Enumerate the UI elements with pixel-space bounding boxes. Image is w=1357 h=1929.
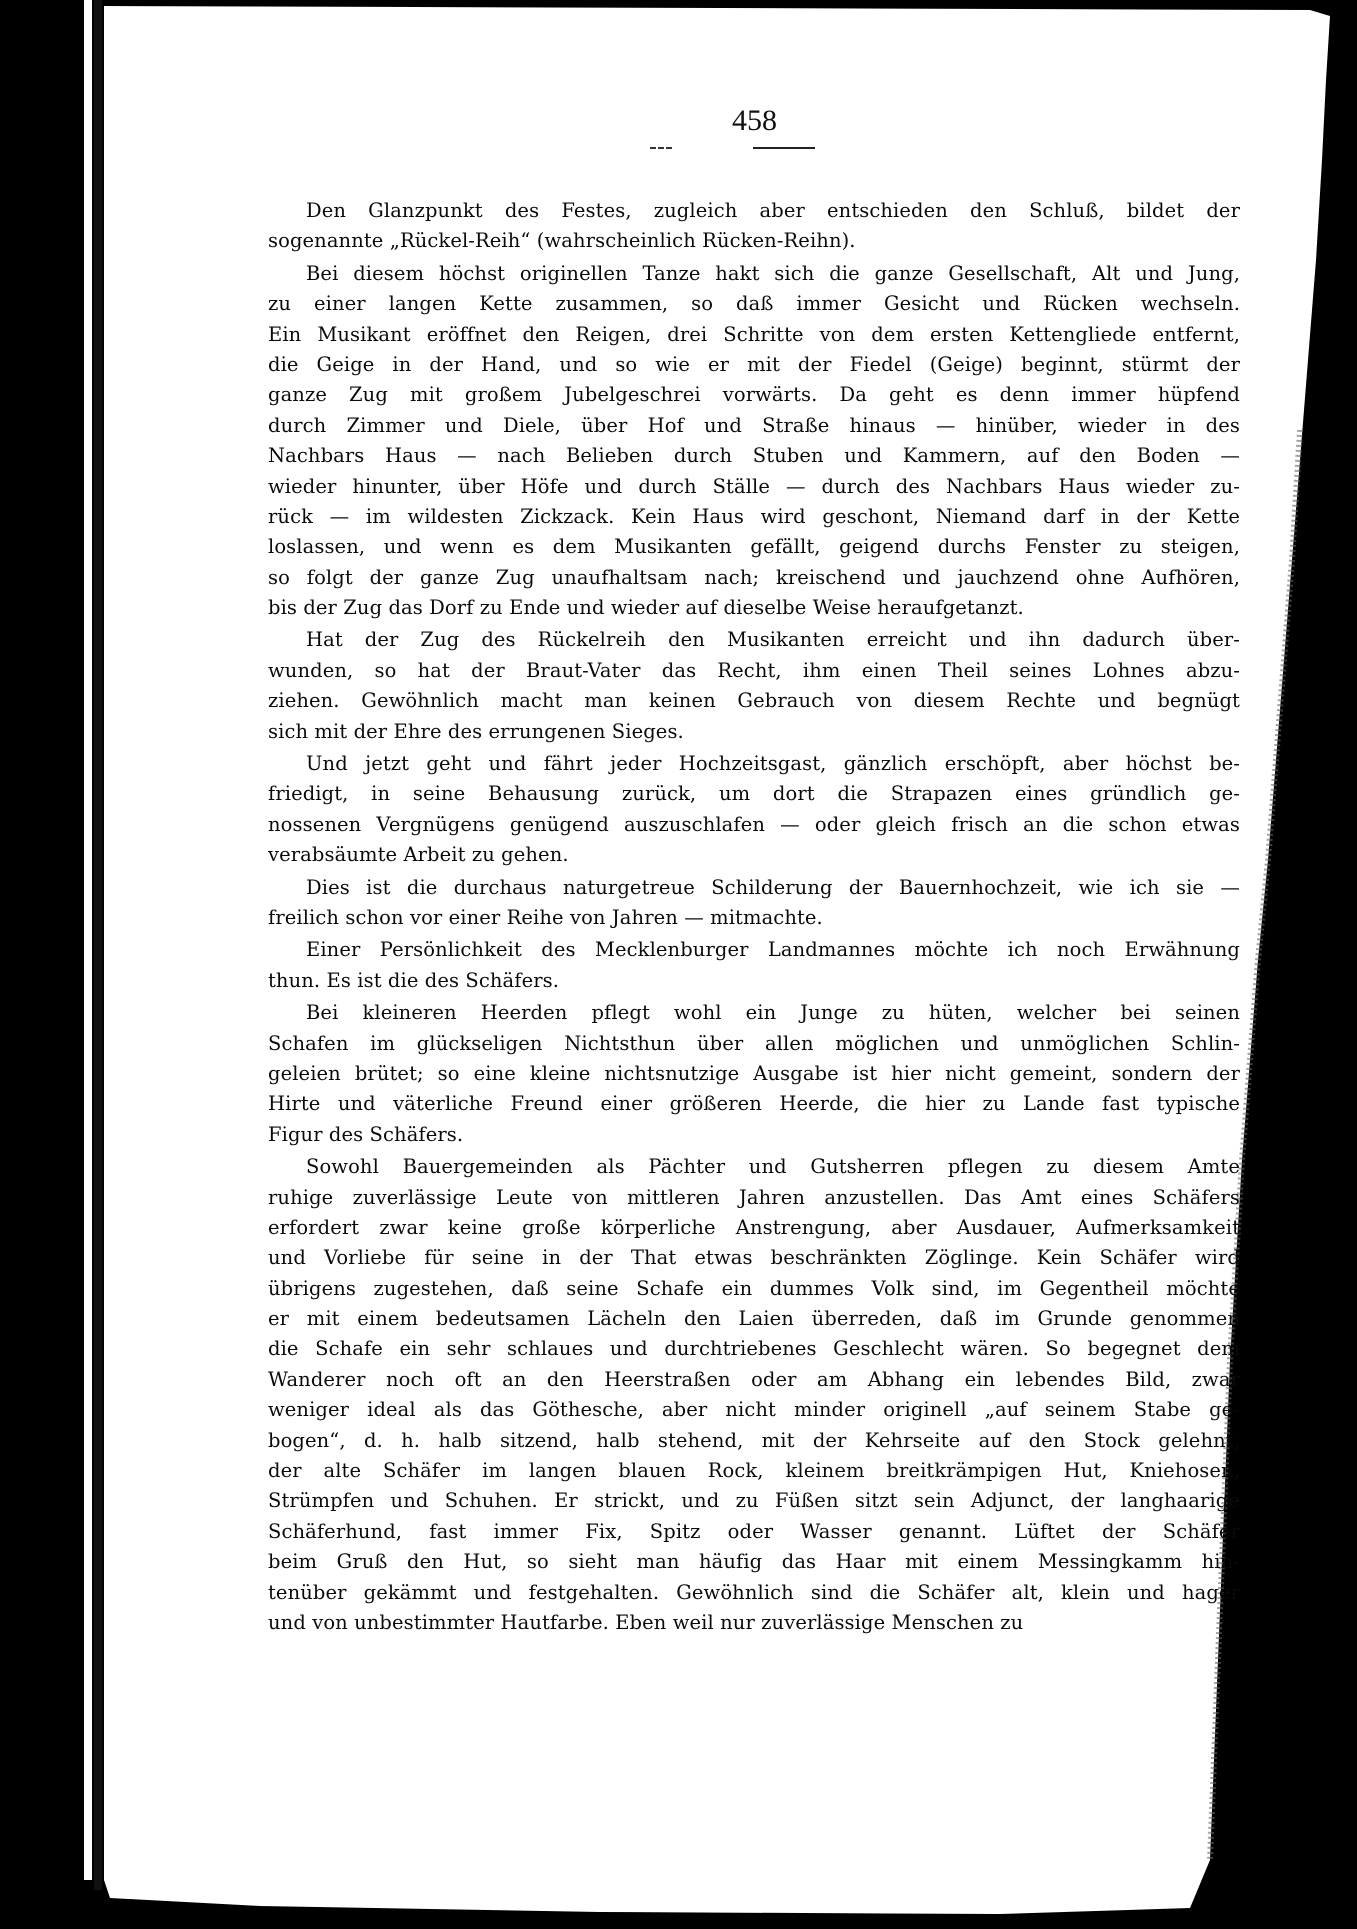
- text-line: Einer Persönlichkeit des Mecklenburger L…: [268, 935, 1240, 965]
- text-line: Figur des Schäfers.: [268, 1120, 1240, 1150]
- text-line: wieder hinunter, über Höfe und durch Stä…: [268, 472, 1240, 502]
- header-rule-right: [753, 147, 815, 149]
- text-line: er mit einem bedeutsamen Lächeln den Lai…: [268, 1304, 1240, 1334]
- page-edge-strip: [84, 0, 92, 1880]
- page-number: 458: [732, 104, 777, 138]
- text-line: übrigens zugestehen, daß seine Schafe ei…: [268, 1274, 1240, 1304]
- text-line: wunden, so hat der Braut-Vater das Recht…: [268, 656, 1240, 686]
- text-line: sogenannte „Rückel-Reih“ (wahrscheinlich…: [268, 226, 1240, 256]
- text-line: bis der Zug das Dorf zu Ende und wieder …: [268, 593, 1240, 623]
- text-line: Wanderer noch oft an den Heerstraßen ode…: [268, 1365, 1240, 1395]
- header-rule-left: [650, 147, 672, 149]
- body-text: Den Glanzpunkt des Festes, zugleich aber…: [268, 196, 1240, 1638]
- text-line: nossenen Vergnügens genügend auszuschlaf…: [268, 810, 1240, 840]
- text-line: Sowohl Bauergemeinden als Pächter und Gu…: [268, 1152, 1240, 1182]
- text-line: erfordert zwar keine große körperliche A…: [268, 1213, 1240, 1243]
- text-line: bogen“, d. h. halb sitzend, halb stehend…: [268, 1426, 1240, 1456]
- text-line: thun. Es ist die des Schäfers.: [268, 966, 1240, 996]
- text-line: und von unbestimmter Hautfarbe. Eben wei…: [268, 1608, 1240, 1638]
- text-line: Hirte und väterliche Freund einer größer…: [268, 1089, 1240, 1119]
- paragraph: Dies ist die durchaus naturgetreue Schil…: [268, 873, 1240, 934]
- text-line: Schäferhund, fast immer Fix, Spitz oder …: [268, 1517, 1240, 1547]
- text-line: weniger ideal als das Göthesche, aber ni…: [268, 1395, 1240, 1425]
- text-line: zu einer langen Kette zusammen, so daß i…: [268, 289, 1240, 319]
- text-line: ruhige zuverlässige Leute von mittleren …: [268, 1183, 1240, 1213]
- text-line: Hat der Zug des Rückelreih den Musikante…: [268, 625, 1240, 655]
- text-line: die Geige in der Hand, und so wie er mit…: [268, 350, 1240, 380]
- text-line: Dies ist die durchaus naturgetreue Schil…: [268, 873, 1240, 903]
- text-line: die Schafe ein sehr schlaues und durchtr…: [268, 1334, 1240, 1364]
- text-line: Schafen im glückseligen Nichtsthun über …: [268, 1029, 1240, 1059]
- text-line: der alte Schäfer im langen blauen Rock, …: [268, 1456, 1240, 1486]
- text-line: beim Gruß den Hut, so sieht man häufig d…: [268, 1547, 1240, 1577]
- text-line: Nachbars Haus — nach Belieben durch Stub…: [268, 441, 1240, 471]
- text-line: geleien brütet; so eine kleine nichtsnut…: [268, 1059, 1240, 1089]
- page-edge-line: [94, 0, 102, 1890]
- text-line: friedigt, in seine Behausung zurück, um …: [268, 779, 1240, 809]
- text-line: verabsäumte Arbeit zu gehen.: [268, 840, 1240, 870]
- text-line: Bei kleineren Heerden pflegt wohl ein Ju…: [268, 998, 1240, 1028]
- text-line: rück — im wildesten Zickzack. Kein Haus …: [268, 502, 1240, 532]
- text-line: freilich schon vor einer Reihe von Jahre…: [268, 903, 1240, 933]
- text-line: durch Zimmer und Diele, über Hof und Str…: [268, 411, 1240, 441]
- text-line: Ein Musikant eröffnet den Reigen, drei S…: [268, 320, 1240, 350]
- paragraph: Bei diesem höchst originellen Tanze hakt…: [268, 259, 1240, 624]
- paragraph: Den Glanzpunkt des Festes, zugleich aber…: [268, 196, 1240, 257]
- text-line: Strümpfen und Schuhen. Er strickt, und z…: [268, 1486, 1240, 1516]
- text-line: so folgt der ganze Zug unaufhaltsam nach…: [268, 563, 1240, 593]
- paragraph: Und jetzt geht und fährt jeder Hochzeits…: [268, 749, 1240, 871]
- text-line: ziehen. Gewöhnlich macht man keinen Gebr…: [268, 686, 1240, 716]
- text-line: und Vorliebe für seine in der That etwas…: [268, 1243, 1240, 1273]
- text-line: ganze Zug mit großem Jubelgeschrei vorwä…: [268, 380, 1240, 410]
- text-line: tenüber gekämmt und festgehalten. Gewöhn…: [268, 1578, 1240, 1608]
- paragraph: Sowohl Bauergemeinden als Pächter und Gu…: [268, 1152, 1240, 1638]
- paragraph: Bei kleineren Heerden pflegt wohl ein Ju…: [268, 998, 1240, 1150]
- paragraph: Einer Persönlichkeit des Mecklenburger L…: [268, 935, 1240, 996]
- text-line: Den Glanzpunkt des Festes, zugleich aber…: [268, 196, 1240, 226]
- text-line: Und jetzt geht und fährt jeder Hochzeits…: [268, 749, 1240, 779]
- text-line: sich mit der Ehre des errungenen Sieges.: [268, 717, 1240, 747]
- text-line: Bei diesem höchst originellen Tanze hakt…: [268, 259, 1240, 289]
- text-line: loslassen, und wenn es dem Musikanten ge…: [268, 532, 1240, 562]
- paragraph: Hat der Zug des Rückelreih den Musikante…: [268, 625, 1240, 747]
